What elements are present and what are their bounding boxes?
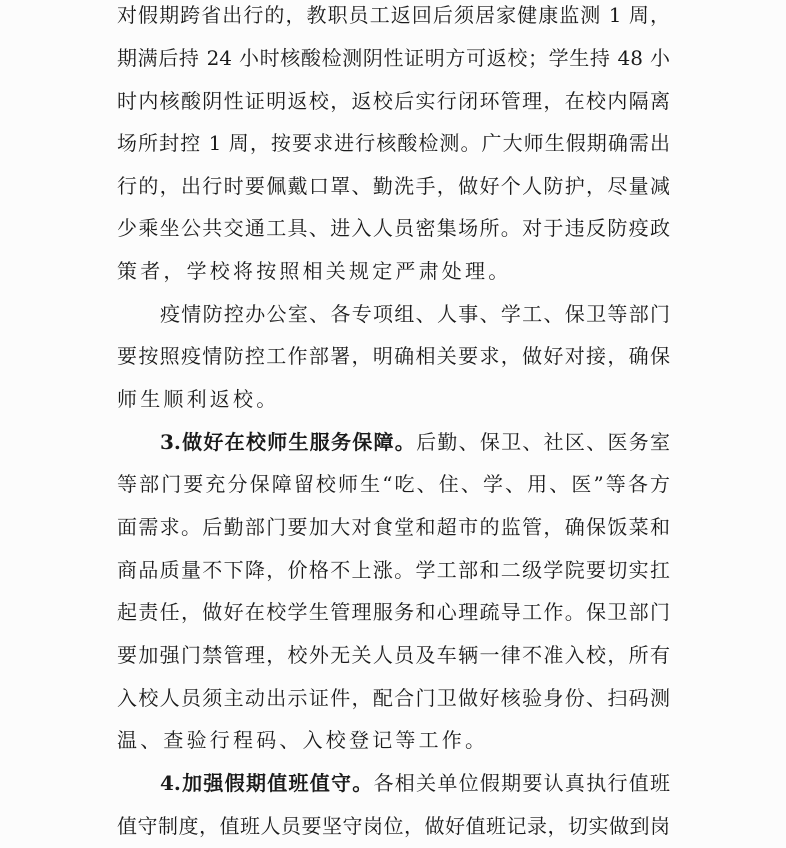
section-heading: 4.加强假期值班值守。: [160, 771, 374, 795]
paragraph-line: 值守制度，值班人员要坚守岗位，做好值班记录，切实做到岗: [117, 811, 670, 841]
paragraph-line: 对假期跨省出行的，教职员工返回后须居家健康监测 1 周，: [117, 0, 670, 30]
paragraph-line: 温、查验行程码、入校登记等工作。: [117, 725, 670, 755]
paragraph-line: 起责任，做好在校学生管理服务和心理疏导工作。保卫部门: [117, 597, 670, 627]
paragraph-text: 各相关单位假期要认真执行值班: [374, 771, 670, 795]
paragraph-line: 时内核酸阴性证明返校，返校后实行闭环管理，在校内隔离: [117, 86, 670, 116]
paragraph-line: 师生顺利返校。: [117, 384, 670, 414]
paragraph-line: 行的，出行时要佩戴口罩、勤洗手，做好个人防护，尽量减: [117, 171, 670, 201]
paragraph-line: 期满后持 24 小时核酸检测阴性证明方可返校；学生持 48 小: [117, 43, 670, 73]
paragraph-line: 等部门要充分保障留校师生“吃、住、学、用、医”等各方: [117, 469, 670, 499]
document-page: 对假期跨省出行的，教职员工返回后须居家健康监测 1 周， 期满后持 24 小时核…: [0, 0, 786, 848]
paragraph-line: 要加强门禁管理，校外无关人员及车辆一律不准入校，所有: [117, 640, 670, 670]
paragraph-line: 少乘坐公共交通工具、进入人员密集场所。对于违反防疫政: [117, 213, 670, 243]
section-heading: 3.做好在校师生服务保障。: [160, 430, 416, 454]
paragraph-line: 要按照疫情防控工作部署，明确相关要求，做好对接，确保: [117, 341, 670, 371]
paragraph-text: 后勤、保卫、社区、医务室: [416, 430, 670, 454]
paragraph-line: 策者，学校将按照相关规定严肃处理。: [117, 256, 670, 286]
paragraph-line: 面需求。后勤部门要加大对食堂和超市的监管，确保饭菜和: [117, 512, 670, 542]
paragraph-line: 疫情防控办公室、各专项组、人事、学工、保卫等部门: [160, 299, 670, 329]
section-heading-line: 3.做好在校师生服务保障。后勤、保卫、社区、医务室: [160, 427, 670, 457]
paragraph-line: 入校人员须主动出示证件，配合门卫做好核验身份、扫码测: [117, 683, 670, 713]
paragraph-line: 商品质量不下降，价格不上涨。学工部和二级学院要切实扛: [117, 555, 670, 585]
section-heading-line: 4.加强假期值班值守。各相关单位假期要认真执行值班: [160, 768, 670, 798]
paragraph-line: 场所封控 1 周，按要求进行核酸检测。广大师生假期确需出: [117, 128, 670, 158]
